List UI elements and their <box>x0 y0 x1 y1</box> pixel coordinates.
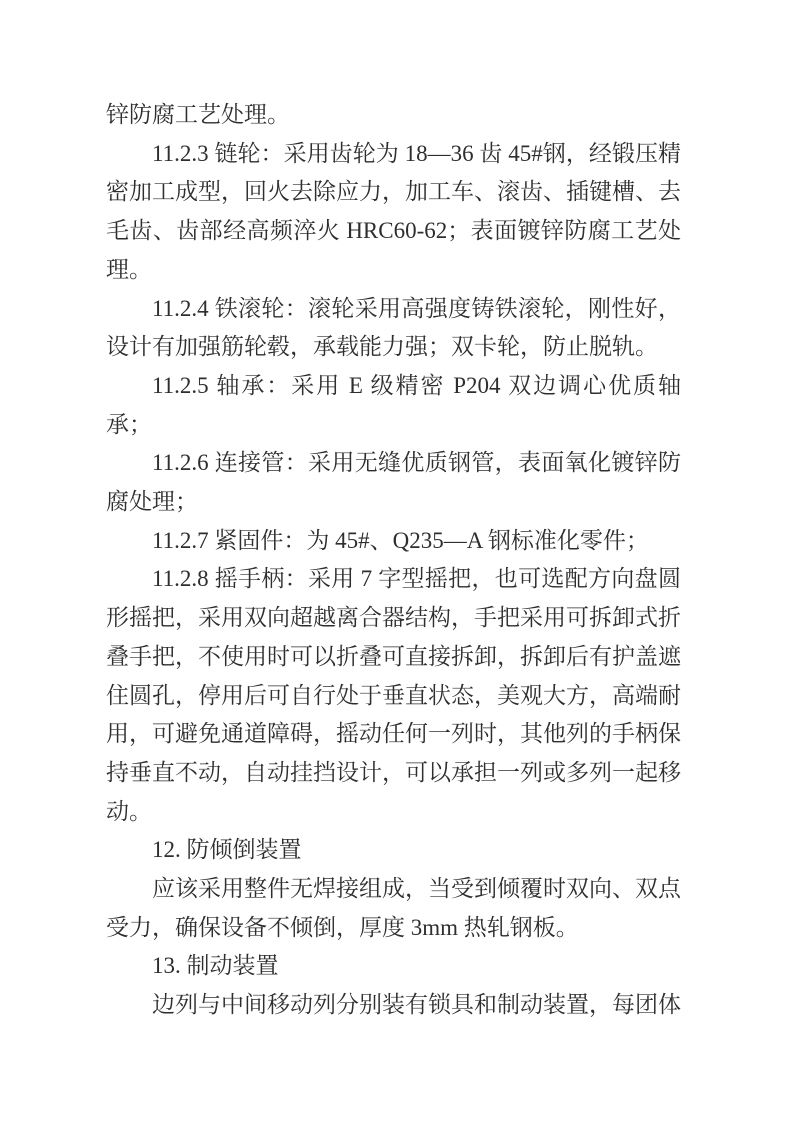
paragraph: 应该采用整件无焊接组成，当受到倾覆时双向、双点 受力，确保设备不倾倒，厚度 3m… <box>106 870 681 947</box>
text-line: 11.2.6 连接管：采用无缝优质钢管，表面氧化镀锌防 <box>106 444 681 483</box>
text-line: 应该采用整件无焊接组成，当受到倾覆时双向、双点 <box>106 870 681 909</box>
paragraph: 11.2.8 摇手柄：采用 7 字型摇把，也可选配方向盘圆 形摇把，采用双向超越… <box>106 560 681 831</box>
paragraph: 11.2.3 链轮：采用齿轮为 18—36 齿 45#钢，经锻压精 密加工成型，… <box>106 135 681 290</box>
text-line: 锌防腐工艺处理。 <box>106 96 681 135</box>
text-line: 持垂直不动，自动挂挡设计，可以承担一列或多列一起移 <box>106 754 681 793</box>
section-heading: 12. 防倾倒装置 <box>106 831 681 870</box>
paragraph: 边列与中间移动列分别装有锁具和制动装置，每团体 <box>106 986 681 1025</box>
text-line: 边列与中间移动列分别装有锁具和制动装置，每团体 <box>106 986 681 1025</box>
text-line: 毛齿、齿部经高频淬火 HRC60-62；表面镀锌防腐工艺处 <box>106 212 681 251</box>
text-line: 11.2.8 摇手柄：采用 7 字型摇把，也可选配方向盘圆 <box>106 560 681 599</box>
paragraph: 11.2.5 轴承：采用 E 级精密 P204 双边调心优质轴 承； <box>106 367 681 444</box>
text-line: 11.2.3 链轮：采用齿轮为 18—36 齿 45#钢，经锻压精 <box>106 135 681 174</box>
text-line: 设计有加强筋轮毂，承载能力强；双卡轮，防止脱轨。 <box>106 328 681 367</box>
text-line: 11.2.4 铁滚轮：滚轮采用高强度铸铁滚轮，刚性好， <box>106 290 681 329</box>
text-line: 形摇把，采用双向超越离合器结构，手把采用可拆卸式折 <box>106 599 681 638</box>
text-line: 腐处理； <box>106 483 681 522</box>
heading-line: 12. 防倾倒装置 <box>106 831 681 870</box>
text-line: 受力，确保设备不倾倒，厚度 3mm 热轧钢板。 <box>106 909 681 948</box>
text-line: 密加工成型，回火去除应力，加工车、滚齿、插键槽、去 <box>106 173 681 212</box>
paragraph: 11.2.6 连接管：采用无缝优质钢管，表面氧化镀锌防 腐处理； <box>106 444 681 521</box>
text-line: 住圆孔，停用后可自行处于垂直状态，美观大方，高端耐 <box>106 677 681 716</box>
text-line: 动。 <box>106 793 681 832</box>
paragraph: 11.2.7 紧固件：为 45#、Q235—A 钢标准化零件； <box>106 522 681 561</box>
text-line: 用，可避免通道障碍，摇动任何一列时，其他列的手柄保 <box>106 715 681 754</box>
heading-line: 13. 制动装置 <box>106 947 681 986</box>
document-page: 锌防腐工艺处理。 11.2.3 链轮：采用齿轮为 18—36 齿 45#钢，经锻… <box>106 96 681 1025</box>
paragraph: 11.2.4 铁滚轮：滚轮采用高强度铸铁滚轮，刚性好， 设计有加强筋轮毂，承载能… <box>106 290 681 367</box>
section-heading: 13. 制动装置 <box>106 947 681 986</box>
paragraph: 锌防腐工艺处理。 <box>106 96 681 135</box>
text-line: 11.2.7 紧固件：为 45#、Q235—A 钢标准化零件； <box>106 522 681 561</box>
text-line: 承； <box>106 406 681 445</box>
text-line: 理。 <box>106 251 681 290</box>
text-line: 11.2.5 轴承：采用 E 级精密 P204 双边调心优质轴 <box>106 367 681 406</box>
text-line: 叠手把，不使用时可以折叠可直接拆卸，拆卸后有护盖遮 <box>106 638 681 677</box>
